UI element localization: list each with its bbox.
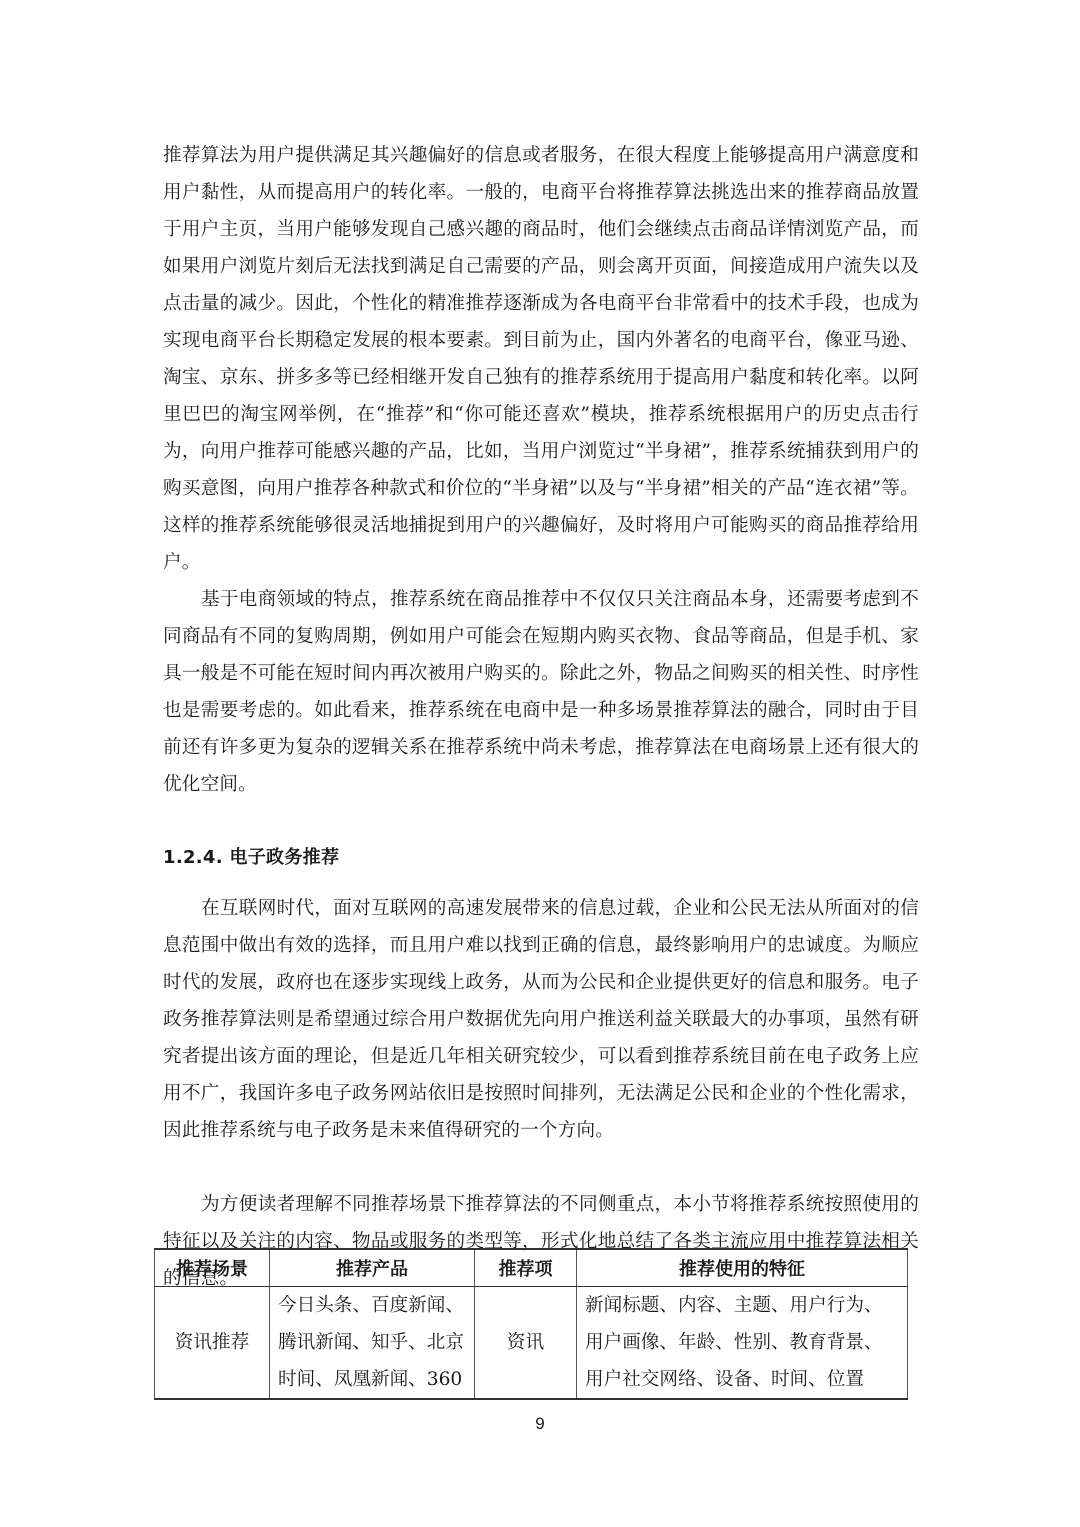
cell-item: 资讯	[475, 1287, 577, 1400]
cell-features-line: 新闻标题、内容、主题、用户行为、	[585, 1287, 899, 1324]
header-scene: 推荐场景	[155, 1249, 270, 1287]
table-row: 资讯推荐 今日头条、百度新闻、 腾讯新闻、知乎、北京 时间、凤凰新闻、360 资…	[155, 1287, 908, 1400]
paragraph-egov-recommendation: 在互联网时代，面对互联网的高速发展带来的信息过载，企业和公民无法从所面对的信息范…	[163, 890, 919, 1149]
paragraph-ecommerce-characteristics: 基于电商领域的特点，推荐系统在商品推荐中不仅仅只关注商品本身，还需要考虑到不同商…	[163, 581, 919, 803]
cell-products-line: 今日头条、百度新闻、	[278, 1287, 466, 1324]
cell-scene: 资讯推荐	[155, 1287, 270, 1400]
cell-features-line: 用户社交网络、设备、时间、位置	[585, 1361, 899, 1398]
header-products: 推荐产品	[270, 1249, 475, 1287]
page-number: 9	[0, 1414, 1080, 1434]
section-heading: 1.2.4. 电子政务推荐	[163, 843, 339, 869]
cell-products-line: 腾讯新闻、知乎、北京	[278, 1324, 466, 1361]
document-page: 推荐算法为用户提供满足其兴趣偏好的信息或者服务，在很大程度上能够提高用户满意度和…	[0, 0, 1080, 1527]
table-header-row: 推荐场景 推荐产品 推荐项 推荐使用的特征	[155, 1249, 908, 1287]
cell-features-line: 用户画像、年龄、性别、教育背景、	[585, 1324, 899, 1361]
cell-products-line: 时间、凤凰新闻、360	[278, 1361, 466, 1398]
recommendation-scenarios-table: 推荐场景 推荐产品 推荐项 推荐使用的特征 资讯推荐 今日头条、百度新闻、 腾讯…	[154, 1248, 908, 1400]
paragraph-ecommerce-recommendation: 推荐算法为用户提供满足其兴趣偏好的信息或者服务，在很大程度上能够提高用户满意度和…	[163, 137, 919, 581]
cell-products: 今日头条、百度新闻、 腾讯新闻、知乎、北京 时间、凤凰新闻、360	[270, 1287, 475, 1400]
header-features: 推荐使用的特征	[577, 1249, 908, 1287]
cell-features: 新闻标题、内容、主题、用户行为、 用户画像、年龄、性别、教育背景、 用户社交网络…	[577, 1287, 908, 1400]
header-item: 推荐项	[475, 1249, 577, 1287]
